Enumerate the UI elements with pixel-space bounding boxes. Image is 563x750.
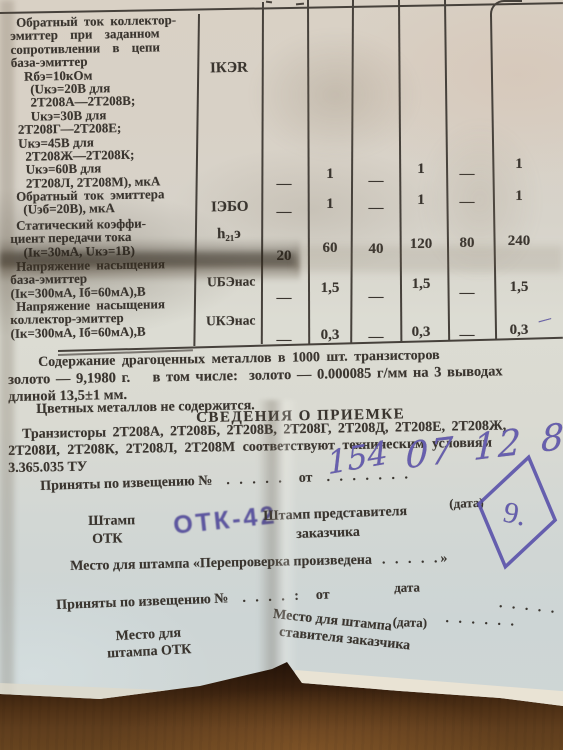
diamond-stamp-number: 9.: [500, 496, 529, 533]
param-row-iebo: Обратный ток эмиттера (Uэб=20В), мкА: [8, 187, 204, 217]
stamp-representative-line2: заказчика: [296, 525, 360, 543]
table-cell: —: [264, 204, 304, 221]
place-for-representative-stamp: Место для штампа ставителя заказчика: [270, 606, 412, 654]
table-cell: 0,3: [401, 324, 441, 341]
table-cell: 1: [401, 161, 441, 178]
recheck-date-caption: дата: [394, 580, 420, 596]
table-cell: 80: [447, 235, 487, 252]
table-col-divider-6-top-curve: [490, 0, 522, 17]
table-cell: 1: [499, 156, 539, 173]
table-cell: —: [447, 166, 487, 183]
table-top-border: [0, 2, 563, 14]
table-cell: 1,5: [310, 280, 350, 297]
table-cell: 40: [356, 241, 396, 258]
recheck-stamp-line: Место для штампа «Перепроверка произведе…: [70, 551, 451, 575]
recheck-label: Место для штампа «Перепроверка произведе…: [70, 553, 372, 575]
dotted-blank: . . . . .»: [382, 551, 451, 568]
accepted-label: Приняты по извещению №: [56, 591, 229, 614]
document-photo: Обратный ток коллектор- эмиттер при зада…: [0, 0, 563, 750]
table-cell: 1,5: [499, 279, 539, 296]
param-row-h21e: Статический коэффи- циент передачи тока …: [8, 216, 205, 260]
stamp-otk-caption-line2: ОТК: [92, 531, 123, 548]
param-line: (Uэб=20В), мкА: [8, 200, 204, 217]
symbol-uke-sat: UКЭнас: [206, 313, 256, 330]
table-cell: —: [356, 200, 396, 217]
table-cell: 120: [401, 236, 441, 253]
paper-wrinkle-top: [250, 30, 420, 160]
dotted-blank: . . . . . .: [445, 611, 517, 631]
table-cell: —: [447, 285, 487, 302]
table-cell: 1: [310, 166, 350, 183]
table-cell: 240: [499, 233, 539, 250]
table-cell: 1: [499, 188, 539, 205]
ot-label: от: [316, 587, 330, 604]
table-cell: —: [447, 327, 487, 344]
datasheet-paper: Обратный ток коллектор- эмиттер при зада…: [0, 0, 563, 750]
table-cell: —: [447, 194, 487, 211]
table-cell: —: [264, 332, 304, 349]
table-cell: —: [264, 290, 304, 307]
symbol-h21e: h₂₁э: [217, 226, 241, 243]
table-cell: 1: [401, 192, 441, 209]
table-cell: 1: [310, 196, 350, 213]
param-row-ube-sat: Напряжение насыщения база-эмиттер (Iк=30…: [8, 257, 205, 301]
cutoff-header-fragment: [296, 3, 304, 6]
symbol-iker: IКЭR: [210, 60, 248, 78]
table-cell: —: [356, 173, 396, 190]
table-cell: 0,3: [499, 322, 539, 339]
table-cell: 0,3: [310, 327, 350, 344]
pen-tick-mark: —: [536, 310, 554, 329]
cutoff-header-fragment: [266, 1, 272, 4]
dotted-blank: . . . . :: [242, 589, 302, 607]
param-row-iker: Обратный ток коллектор- эмиттер при зада…: [8, 13, 207, 191]
table-cell: 60: [310, 240, 350, 257]
table-cell: —: [356, 329, 396, 346]
table-col-divider-3: [350, 0, 354, 343]
symbol-iebo: IЭБО: [211, 199, 249, 217]
table-cell: 1,5: [401, 276, 441, 293]
accepted-label: Приняты по извещению №: [40, 474, 213, 495]
dotted-blank: . . . . .: [226, 471, 285, 489]
table-cell: —: [264, 176, 304, 193]
table-cell: —: [356, 289, 396, 306]
table-col-divider-6: [490, 14, 497, 340]
symbol-ube-sat: UБЭнас: [207, 274, 256, 291]
param-line: (Iк=300мА, Iб=60мА),В: [8, 323, 204, 340]
ot-label: от: [299, 470, 313, 486]
table-cell: 20: [264, 248, 304, 265]
place-for-otk-stamp: Место для штампа ОТК: [98, 624, 200, 663]
param-row-uke-sat: Напряжение насыщения коллектор-эмиттер (…: [8, 297, 205, 341]
stamp-otk-caption-line1: Штамп: [88, 513, 135, 530]
acceptance-para-line3: 3.365.035 ТУ: [8, 460, 87, 477]
stamp-representative-line1: Штамп представителя: [263, 504, 407, 525]
